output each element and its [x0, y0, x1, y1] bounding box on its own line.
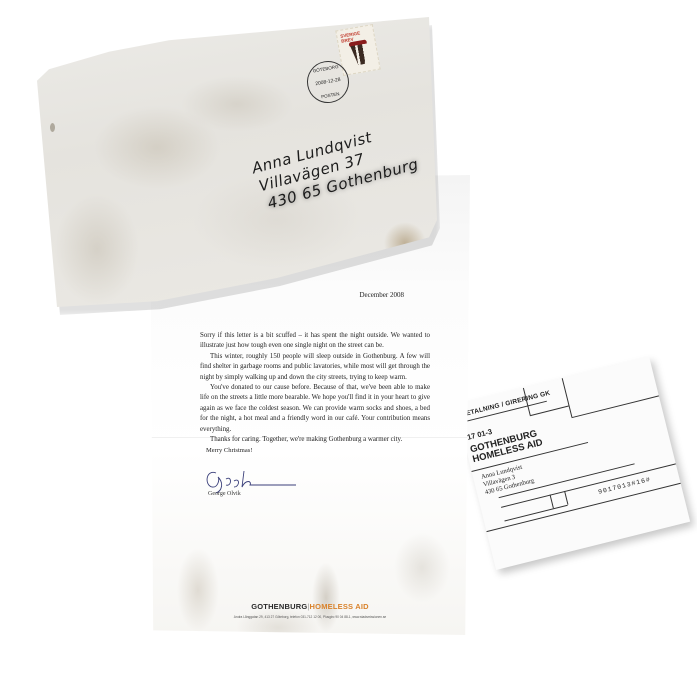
letter-paragraph: Sorry if this letter is a bit scuffed – … [200, 331, 430, 352]
signer-name: George Olvik [208, 491, 241, 497]
letter-paragraph: You've donated to our cause before. Beca… [200, 383, 430, 435]
postmark-city: GÖTEBORG [306, 63, 346, 75]
payment-slip: BETALNING / GIRERING GK 17 01-3 GOTHENBU… [455, 357, 690, 570]
address-line: Anna Lundqvist [250, 118, 411, 178]
logo-part-gothenburg: GOTHENBURG [251, 602, 307, 611]
postmark: GÖTEBORG 2008-12-28 POSTEN [304, 58, 353, 107]
org-logo: GOTHENBURG|HOMELESS AID [150, 602, 470, 611]
postage-stamp: SVERIGE BREV [335, 24, 380, 76]
slip-rule [562, 378, 573, 417]
grime-stains [150, 485, 470, 635]
stamp-art-icon [349, 39, 368, 47]
slip-rule [530, 406, 569, 417]
slip-rule [550, 495, 554, 509]
stamp-cup-icon [350, 44, 369, 66]
contact-line: Andra Långgatan 29, 413 27 Göteborg, tel… [150, 615, 470, 619]
letter-greeting: Merry Christmas! [206, 447, 252, 454]
stamp-line: SVERIGE [340, 30, 361, 38]
stamp-line: BREV [341, 35, 362, 43]
letter: December 2008 Sorry if this letter is a … [150, 175, 470, 635]
postmark-date: 2008-12-28 [308, 76, 348, 89]
envelope-tear [50, 123, 55, 132]
letter-body: Sorry if this letter is a bit scuffed – … [200, 331, 430, 445]
slip-rule [486, 483, 680, 532]
logo-part-text: HOMELESS AID [310, 602, 369, 611]
postmark-bottom: POSTEN [310, 89, 350, 101]
logo-part-homeless-aid: |HOMELESS AID [307, 602, 368, 611]
stamp-text: SVERIGE BREV [340, 30, 361, 43]
letter-paragraph: Thanks for caring. Together, we're makin… [200, 435, 430, 445]
letter-paragraph: This winter, roughly 150 people will sle… [200, 352, 430, 383]
slip-rule [564, 491, 568, 505]
letter-date: December 2008 [359, 291, 404, 299]
slip-rule [571, 395, 659, 418]
